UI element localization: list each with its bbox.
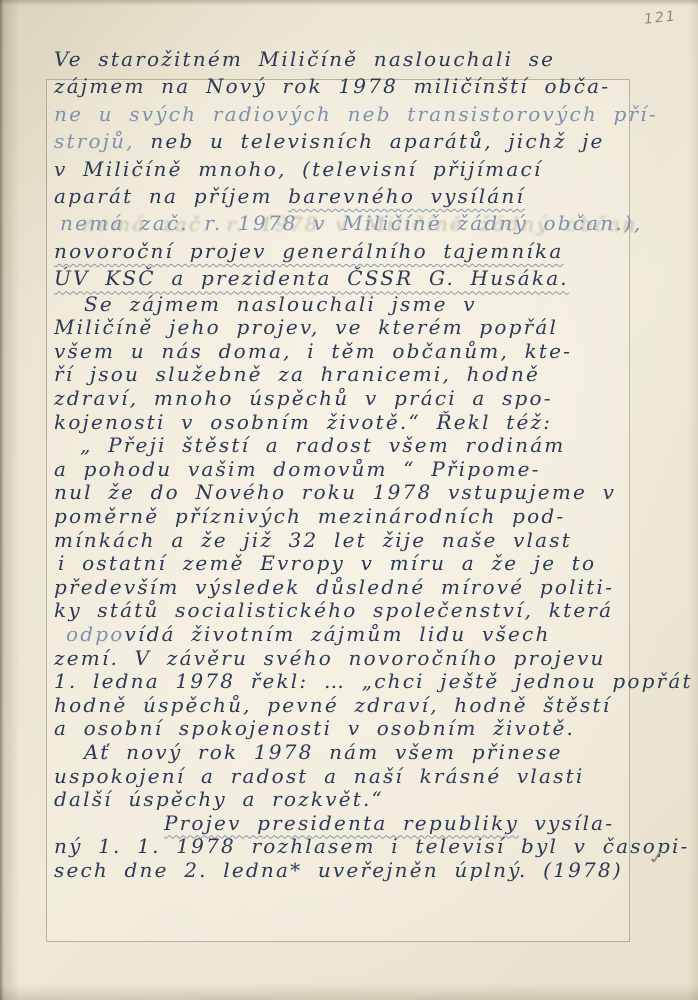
handwriting-segment: vídá životním zájmům lidu všech bbox=[125, 622, 551, 646]
handwriting-segment: nemá zač. r. 1978 v Miličíně žádný občan… bbox=[60, 211, 642, 235]
manuscript-line: další úspěchy a rozkvět.“ bbox=[54, 788, 639, 812]
manuscript-line: mínkách a že již 32 let žije naše vlast bbox=[54, 529, 639, 553]
handwriting-segment: a osobní spokojenosti v osobním životě. bbox=[54, 716, 575, 740]
handwriting-segment: ne u svých radiových neb transistorových… bbox=[54, 102, 658, 126]
handwriting-segment: především výsledek důsledné mírové polit… bbox=[54, 575, 614, 599]
chronicle-page: 121 Ve starožitném Miličíně naslouchali … bbox=[0, 0, 698, 1000]
handwriting-segment: ÚV KSČ a prezidenta ČSSR G. Husáka. bbox=[54, 266, 569, 290]
handwriting-segment: Miličíně jeho projev, ve kterém popřál bbox=[54, 315, 558, 339]
manuscript-line: Ať nový rok 1978 nám všem přinese bbox=[54, 741, 639, 765]
handwriting-segment: hodně úspěchů, pevné zdraví, hodně štěst… bbox=[54, 693, 611, 717]
manuscript-line: hodně úspěchů, pevné zdraví, hodně štěst… bbox=[54, 694, 639, 718]
manuscript-line: strojů, neb u televisních aparátů, jichž… bbox=[54, 128, 639, 155]
handwriting-segment: další úspěchy a rozkvět.“ bbox=[54, 787, 384, 811]
handwriting-segment: 1. ledna 1978 řekl: … „chci ještě jednou… bbox=[54, 669, 693, 693]
manuscript-line: zájmem na Nový rok 1978 miličínští obča- bbox=[54, 73, 639, 100]
manuscript-line: především výsledek důsledné mírové polit… bbox=[54, 576, 639, 600]
handwriting-segment: poměrně příznivých mezinárodních pod- bbox=[54, 504, 565, 528]
checkmark-icon: ✓ bbox=[646, 846, 669, 870]
handwriting-segment: barevného vysílání bbox=[288, 184, 525, 208]
handwriting-segment: mínkách a že již 32 let žije naše vlast bbox=[54, 528, 572, 552]
handwriting-segment: kojenosti v osobním životě.“ Řekl též: bbox=[54, 410, 552, 434]
handwriting-segment: Projev presidenta republiky bbox=[164, 811, 519, 835]
manuscript-line: ří jsou služebně za hranicemi, hodně bbox=[54, 363, 639, 387]
manuscript-line: nemá zač. r. 1978 v Miličíně žádný občan… bbox=[54, 210, 639, 237]
manuscript-line: poměrně příznivých mezinárodních pod- bbox=[54, 505, 639, 529]
manuscript-line: zemí. V závěru svého novoročního projevu bbox=[54, 647, 639, 671]
manuscript-line: 1. ledna 1978 řekl: … „chci ještě jednou… bbox=[54, 670, 639, 694]
manuscript-line: a osobní spokojenosti v osobním životě. bbox=[54, 717, 639, 741]
handwriting-segment: „ Přeji štěstí a radost všem rodinám bbox=[80, 433, 565, 457]
manuscript-line: i ostatní země Evropy v míru a že je to bbox=[54, 552, 639, 576]
handwriting-segment: neb u televisních aparátů, jichž je bbox=[150, 129, 604, 153]
handwriting-segment: zemí. V závěru svého novoročního projevu bbox=[54, 646, 606, 670]
handwriting-segment: aparát na příjem bbox=[54, 184, 288, 208]
handwriting-segment: zdraví, mnoho úspěchů v práci a spo- bbox=[54, 386, 553, 410]
manuscript-line: Projev presidenta republiky vysíla- bbox=[54, 812, 639, 836]
manuscript-line: ky států socialistického společenství, k… bbox=[54, 599, 639, 623]
manuscript-line: všem u nás doma, i těm občanům, kte- bbox=[54, 340, 639, 364]
handwriting-segment: i ostatní země Evropy v míru a že je to bbox=[58, 551, 596, 575]
handwriting-segment: Ve starožitném Miličíně naslouchali se bbox=[54, 47, 555, 71]
manuscript-text: Ve starožitném Miličíně naslouchali sezá… bbox=[54, 46, 639, 883]
handwriting-segment: vysíla- bbox=[519, 811, 614, 835]
manuscript-line: odpovídá životním zájmům lidu všech bbox=[54, 623, 639, 647]
manuscript-line: Miličíně jeho projev, ve kterém popřál bbox=[54, 316, 639, 340]
handwriting-segment: odpo bbox=[66, 622, 125, 646]
manuscript-line: v Miličíně mnoho, (televisní přijímací bbox=[54, 156, 639, 183]
manuscript-line: nul že do Nového roku 1978 vstupujeme v bbox=[54, 481, 639, 505]
handwriting-segment: ný 1. 1. 1978 rozhlasem i televisí byl v… bbox=[54, 834, 690, 858]
handwriting-segment: strojů, bbox=[54, 129, 150, 153]
handwriting-segment: Ať nový rok 1978 nám všem přinese bbox=[84, 740, 563, 764]
handwriting-segment: v Miličíně mnoho, (televisní přijímací bbox=[54, 157, 542, 181]
manuscript-line: novoroční projev generálního tajemníka bbox=[54, 238, 639, 265]
handwriting-segment: novoroční projev generálního tajemníka bbox=[54, 239, 563, 263]
manuscript-line: ný 1. 1. 1978 rozhlasem i televisí byl v… bbox=[54, 835, 639, 859]
manuscript-line: uspokojení a radost a naší krásné vlasti bbox=[54, 765, 639, 789]
handwriting-segment: všem u nás doma, i těm občanům, kte- bbox=[54, 339, 572, 363]
handwriting-segment: zájmem na Nový rok 1978 miličínští obča- bbox=[54, 74, 610, 98]
manuscript-line: „ Přeji štěstí a radost všem rodinám bbox=[54, 434, 639, 458]
manuscript-line: Se zájmem naslouchali jsme v bbox=[54, 293, 639, 317]
manuscript-line: a pohodu vašim domovům “ Připome- bbox=[54, 458, 639, 482]
page-number: 121 bbox=[643, 8, 677, 27]
manuscript-line: zdraví, mnoho úspěchů v práci a spo- bbox=[54, 387, 639, 411]
manuscript-line: kojenosti v osobním životě.“ Řekl též: bbox=[54, 411, 639, 435]
handwriting-segment: uspokojení a radost a naší krásné vlasti bbox=[54, 764, 584, 788]
manuscript-line: aparát na příjem barevného vysílání bbox=[54, 183, 639, 210]
manuscript-line: ne u svých radiových neb transistorových… bbox=[54, 101, 639, 128]
manuscript-line: ÚV KSČ a prezidenta ČSSR G. Husáka. bbox=[54, 265, 639, 292]
manuscript-line: Ve starožitném Miličíně naslouchali se bbox=[54, 46, 639, 73]
handwriting-segment: sech dne 2. ledna* uveřejněn úplný. (197… bbox=[54, 858, 623, 882]
manuscript-line: sech dne 2. ledna* uveřejněn úplný. (197… bbox=[54, 859, 639, 883]
handwriting-segment: Se zájmem naslouchali jsme v bbox=[84, 292, 477, 316]
handwriting-segment: nul že do Nového roku 1978 vstupujeme v bbox=[54, 480, 616, 504]
handwriting-segment: ky států socialistického společenství, k… bbox=[54, 598, 613, 622]
handwriting-segment: ří jsou služebně za hranicemi, hodně bbox=[54, 362, 540, 386]
handwriting-segment: a pohodu vašim domovům “ Připome- bbox=[54, 457, 541, 481]
